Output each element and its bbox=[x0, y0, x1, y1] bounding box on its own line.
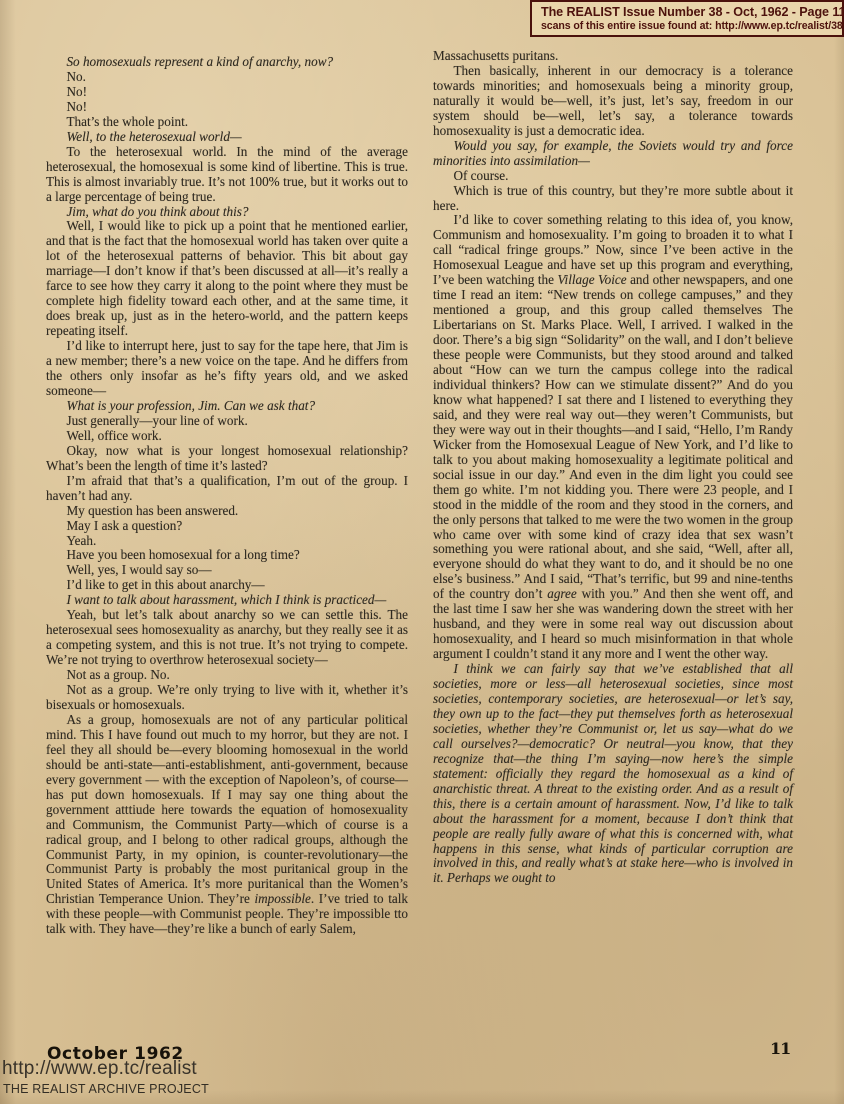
paragraph: Yeah, but let’s talk about anarchy so we… bbox=[46, 608, 408, 668]
archive-project-url: http://www.ep.tc/realist bbox=[2, 1058, 197, 1080]
paragraph: Just generally—your line of work. bbox=[46, 414, 408, 429]
paragraph: I think we can fairly say that we’ve est… bbox=[433, 662, 793, 886]
paragraph: I’d like to interrupt here, just to say … bbox=[46, 339, 408, 399]
paragraph: Which is true of this country, but they’… bbox=[433, 184, 793, 214]
archive-project-label: THE REALIST ARCHIVE PROJECT bbox=[3, 1082, 209, 1096]
paragraph: Then basically, inherent in our democrac… bbox=[433, 64, 793, 139]
paragraph: I’d like to cover something relating to … bbox=[433, 213, 793, 662]
paragraph: To the heterosexual world. In the mind o… bbox=[46, 145, 408, 205]
paragraph: No. bbox=[46, 70, 408, 85]
paragraph: Well, office work. bbox=[46, 429, 408, 444]
paragraph: So homosexuals represent a kind of anarc… bbox=[46, 55, 408, 70]
paragraph: May I ask a question? bbox=[46, 519, 408, 534]
paragraph: Not as a group. We’re only trying to liv… bbox=[46, 683, 408, 713]
paragraph: I want to talk about harassment, which I… bbox=[46, 593, 408, 608]
article-column-right: Massachusetts puritans.Then basically, i… bbox=[433, 49, 793, 886]
paragraph: No! bbox=[46, 85, 408, 100]
paragraph: What is your profession, Jim. Can we ask… bbox=[46, 399, 408, 414]
paragraph: Okay, now what is your longest homosexua… bbox=[46, 444, 408, 474]
paragraph: My question has been answered. bbox=[46, 504, 408, 519]
paragraph: Well, to the heterosexual world— bbox=[46, 130, 408, 145]
archive-header-note: The REALIST Issue Number 38 - Oct, 1962 … bbox=[530, 0, 844, 37]
paragraph: Yeah. bbox=[46, 534, 408, 549]
paragraph: Massachusetts puritans. bbox=[433, 49, 793, 64]
paragraph: I’m afraid that that’s a qualification, … bbox=[46, 474, 408, 504]
paragraph: No! bbox=[46, 100, 408, 115]
paragraph: As a group, homosexuals are not of any p… bbox=[46, 713, 408, 937]
header-issue-title: The REALIST Issue Number 38 - Oct, 1962 … bbox=[541, 5, 836, 19]
paragraph: Well, yes, I would say so— bbox=[46, 563, 408, 578]
page-number: 11 bbox=[770, 1039, 790, 1058]
paragraph: That’s the whole point. bbox=[46, 115, 408, 130]
article-column-left: So homosexuals represent a kind of anarc… bbox=[46, 55, 408, 937]
scanned-magazine-page: The REALIST Issue Number 38 - Oct, 1962 … bbox=[0, 0, 844, 1104]
paragraph: Jim, what do you think about this? bbox=[46, 205, 408, 220]
paragraph: Not as a group. No. bbox=[46, 668, 408, 683]
paragraph: Of course. bbox=[433, 169, 793, 184]
paragraph: Well, I would like to pick up a point th… bbox=[46, 219, 408, 339]
header-scan-source-url: scans of this entire issue found at: htt… bbox=[541, 20, 836, 32]
paragraph: Have you been homosexual for a long time… bbox=[46, 548, 408, 563]
paragraph: Would you say, for example, the Soviets … bbox=[433, 139, 793, 169]
paragraph: I’d like to get in this about anarchy— bbox=[46, 578, 408, 593]
